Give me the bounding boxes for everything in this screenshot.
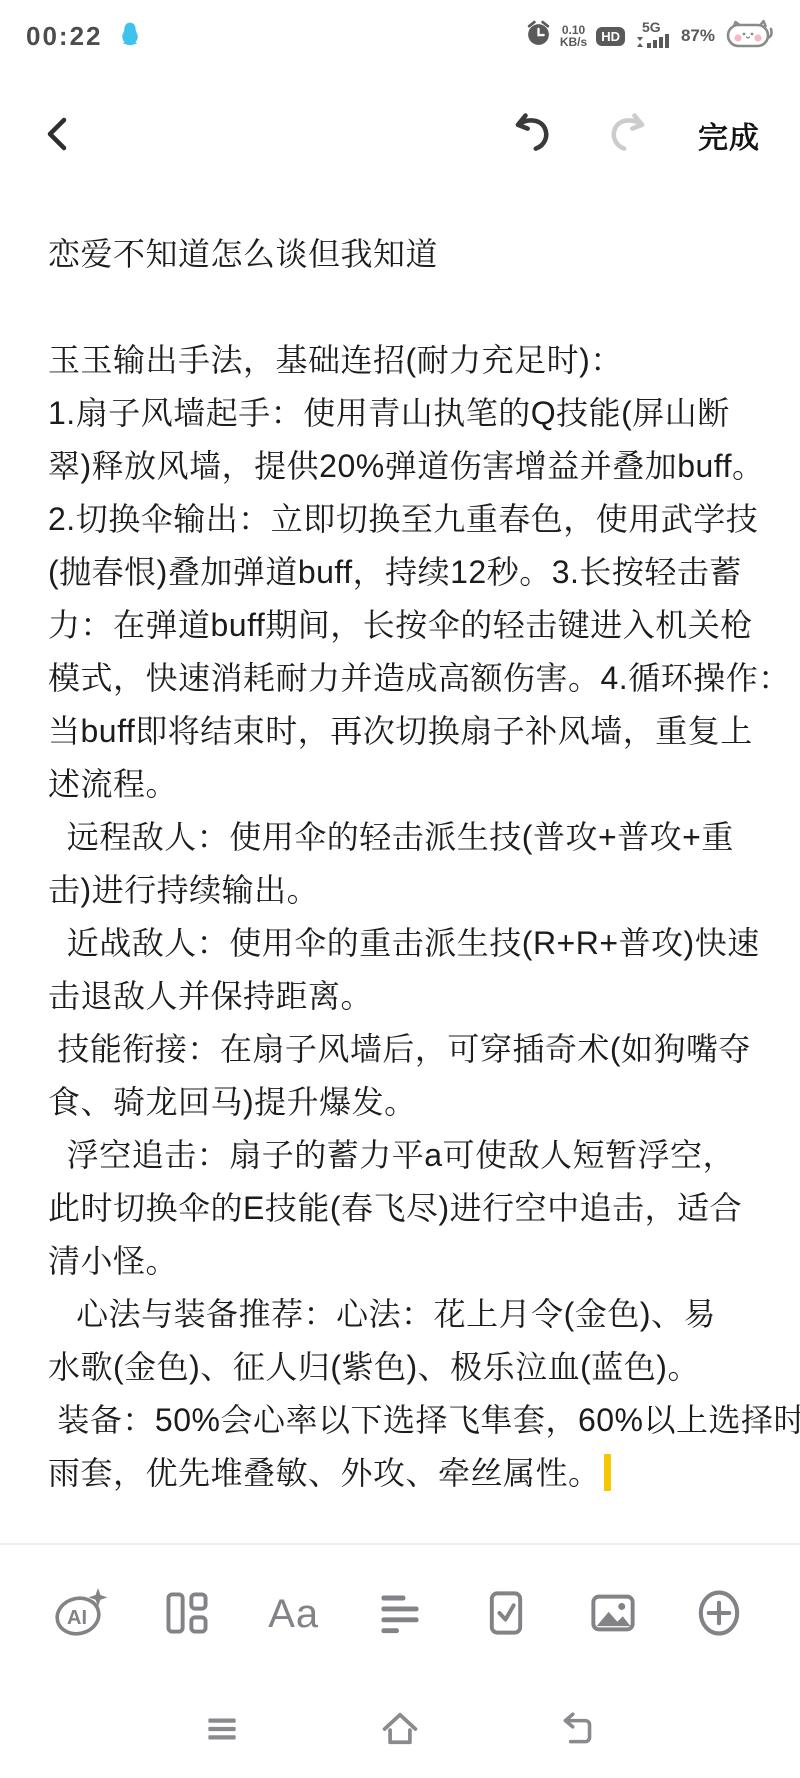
svg-text:AI: AI [67,1607,87,1629]
network-speed-unit: KB/s [560,36,587,48]
undo-button[interactable] [506,108,558,163]
text-line: (抛春恨)叠加弹道buff，持续12秒。3.长按轻击蓄 [48,546,772,599]
text-line: 力：在弹道buff期间，长按伞的轻击键进入机关枪 [48,599,772,652]
hd-voice-icon: HD [596,27,625,46]
redo-button[interactable] [602,108,654,163]
text-line [48,281,772,334]
text-line: 2.切换伞输出：立即切换至九重春色，使用武学技 [48,493,772,546]
template-layout-button[interactable] [158,1585,216,1643]
ai-assistant-icon: AI [51,1586,111,1643]
back-button[interactable] [40,112,74,159]
text-line: 水歌(金色)、征人归(紫色)、极乐泣血(蓝色)。 [48,1341,772,1394]
add-plus-icon [694,1588,744,1641]
todo-checkbox-button[interactable] [477,1585,535,1643]
insert-image-button[interactable] [584,1585,642,1643]
ai-assistant-button[interactable]: AI [52,1585,110,1643]
system-navigation-bar [0,1683,800,1778]
text-line: 模式，快速消耗耐力并造成高额伤害。4.循环操作： [48,652,772,705]
back-nav-button[interactable] [555,1708,601,1754]
insert-image-icon [589,1589,637,1640]
qq-penguin-notification-icon [117,19,143,54]
add-plus-button[interactable] [690,1585,748,1643]
battery-percent-text: 87% [681,26,715,46]
paragraph-align-icon [376,1589,424,1640]
status-bar: 00:22 0.10 KB/s HD [0,12,800,60]
editing-toolbar: AI Aa [0,1543,800,1683]
home-button[interactable] [377,1708,423,1754]
text-line: 击)进行持续输出。 [48,864,772,917]
text-line: 装备：50%会心率以下选择飞隼套，60%以上选择时 [48,1394,772,1447]
done-button[interactable]: 完成 [698,113,760,157]
text-line: 此时切换伞的E技能(春飞尽)进行空中追击，适合 [48,1182,772,1235]
text-line: 清小怪。 [48,1235,772,1288]
clock-time: 00:22 [26,21,103,52]
recents-menu-icon [201,1708,243,1753]
recents-button[interactable] [199,1708,245,1754]
text-line-with-cursor: 雨套，优先堆叠敏、外攻、牵丝属性。 [48,1447,772,1500]
cat-battery-icon [724,18,774,55]
note-title-line: 恋爱不知道怎么谈但我知道 [48,228,772,281]
text-line: 翠)释放风墙，提供20%弹道伤害增益并叠加buff。 [48,440,772,493]
back-return-icon [557,1708,599,1753]
template-layout-icon [163,1589,211,1640]
todo-checkbox-icon [482,1589,530,1640]
signal-bars-icon: 5G [634,19,672,54]
text-line: 食、骑龙回马)提升爆发。 [48,1076,772,1129]
note-editor-screen: 00:22 0.10 KB/s HD [0,0,800,1778]
text-line: 浮空追击：扇子的蓄力平a可使敌人短暂浮空， [48,1129,772,1182]
text-line: 击退敌人并保持距离。 [48,970,772,1023]
redo-icon [602,108,654,163]
back-chevron-icon [40,112,74,159]
text-format-icon: Aa [268,1592,319,1637]
network-speed-indicator: 0.10 KB/s [560,24,587,48]
undo-icon [506,108,558,163]
text-line: 1.扇子风墙起手：使用青山执笔的Q技能(屏山断 [48,387,772,440]
note-text-area[interactable]: 恋爱不知道怎么谈但我知道 玉玉输出手法，基础连招(耐力充足时)： 1.扇子风墙起… [48,228,772,1500]
text-line: 玉玉输出手法，基础连招(耐力充足时)： [48,334,772,387]
svg-text:5G: 5G [642,19,661,35]
text-line: 近战敌人：使用伞的重击派生技(R+R+普攻)快速 [48,917,772,970]
alarm-clock-icon [526,20,551,52]
editor-top-bar: 完成 [0,96,800,174]
text-cursor [604,1454,611,1491]
text-line: 远程敌人：使用伞的轻击派生技(普攻+普攻+重 [48,811,772,864]
paragraph-align-button[interactable] [371,1585,429,1643]
text-line: 述流程。 [48,758,772,811]
text-format-button[interactable]: Aa [265,1585,323,1643]
text-line: 心法与装备推荐：心法：花上月令(金色)、易 [48,1288,772,1341]
home-icon [378,1707,422,1754]
text-line: 技能衔接：在扇子风墙后，可穿插奇术(如狗嘴夺 [48,1023,772,1076]
text-line: 当buff即将结束时，再次切换扇子补风墙，重复上 [48,705,772,758]
text-line: 雨套，优先堆叠敏、外攻、牵丝属性。 [48,1455,601,1491]
